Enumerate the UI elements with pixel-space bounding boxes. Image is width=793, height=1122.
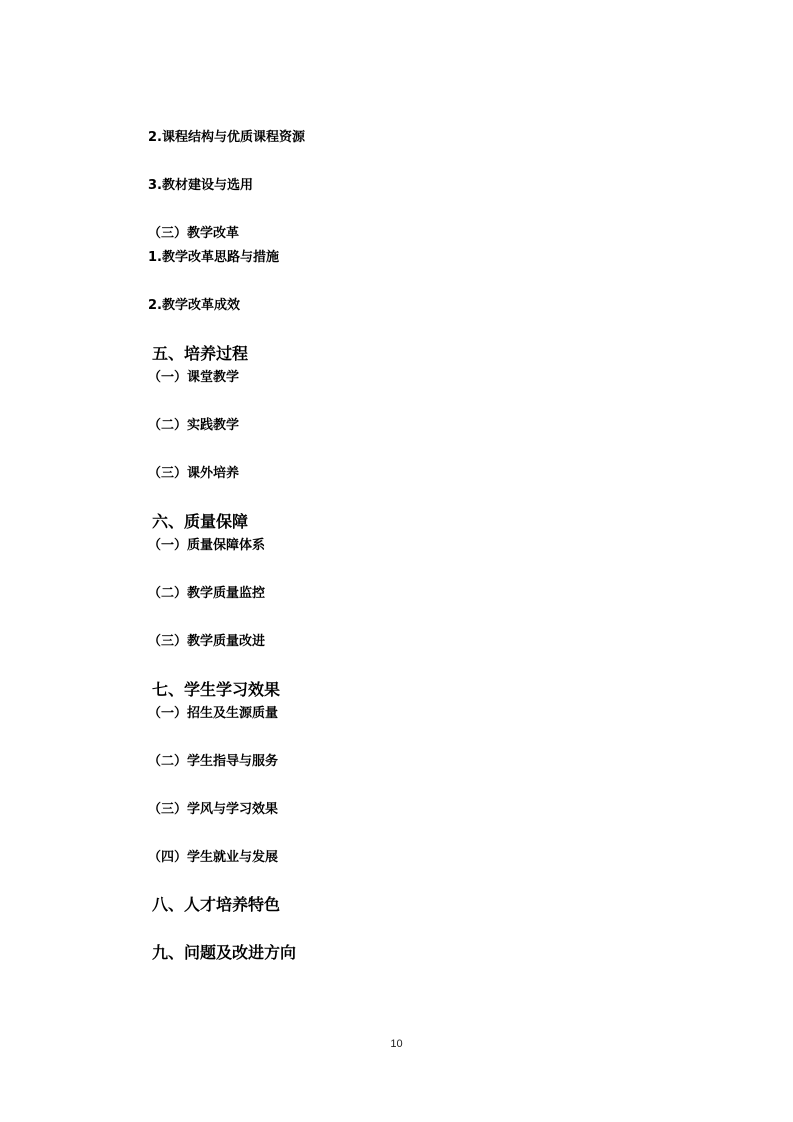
- subsection-study-style: （三）学风与学习效果: [148, 798, 278, 817]
- subsection-practical-teaching: （二）实践教学: [148, 414, 239, 433]
- subsection-qa-system: （一）质量保障体系: [148, 534, 265, 553]
- item-textbook-construction: 3.教材建设与选用: [148, 174, 253, 193]
- section-training-features: 八、人才培养特色: [152, 892, 280, 915]
- subsection-enrollment: （一）招生及生源质量: [148, 702, 278, 721]
- section-training-process: 五、培养过程: [152, 341, 248, 364]
- section-learning-outcomes: 七、学生学习效果: [152, 677, 280, 700]
- subsection-employment: （四）学生就业与发展: [148, 846, 278, 865]
- subsection-teaching-reform: （三）教学改革: [148, 222, 239, 241]
- section-problems-improvement: 九、问题及改进方向: [152, 940, 296, 963]
- item-course-structure: 2.课程结构与优质课程资源: [148, 126, 305, 145]
- subsection-quality-monitoring: （二）教学质量监控: [148, 582, 265, 601]
- subsection-quality-improvement: （三）教学质量改进: [148, 630, 265, 649]
- section-quality-assurance: 六、质量保障: [152, 509, 248, 532]
- subsection-student-guidance: （二）学生指导与服务: [148, 750, 278, 769]
- item-reform-measures: 1.教学改革思路与措施: [148, 246, 279, 265]
- item-reform-results: 2.教学改革成效: [148, 294, 240, 313]
- subsection-classroom-teaching: （一）课堂教学: [148, 366, 239, 385]
- page-number: 10: [0, 1038, 793, 1050]
- subsection-extracurricular: （三）课外培养: [148, 462, 239, 481]
